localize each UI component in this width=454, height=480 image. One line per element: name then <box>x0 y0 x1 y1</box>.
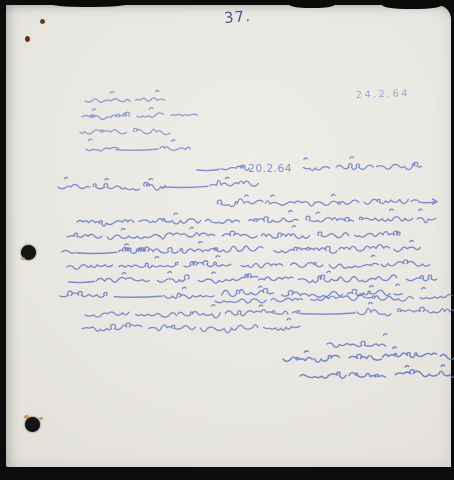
handwriting-line-body-11 <box>85 302 454 317</box>
handwriting-line-body-3 <box>217 194 437 206</box>
handwriting-line-body-8 <box>69 271 437 283</box>
handwriting-line-closing <box>327 334 387 347</box>
foxing-speck <box>40 19 45 24</box>
handwriting-line-sender-line-1 <box>85 90 165 102</box>
handwriting-line-body-2 <box>58 177 258 190</box>
handwriting-line-body-12 <box>82 318 300 332</box>
handwriting-line-sender-line-3 <box>80 128 170 134</box>
handwriting-line-signature-2 <box>300 365 454 378</box>
handwriting-line-body-9 <box>60 284 402 298</box>
foxing-speck <box>25 36 30 42</box>
handwriting-line-body-6 <box>62 240 420 253</box>
handwriting-line-body-1: 20.2.64 <box>197 157 422 175</box>
foxing-speck <box>21 257 25 260</box>
inline-referenced-date: 20.2.64 <box>248 163 292 175</box>
foxing-speck <box>39 417 43 420</box>
handwriting-line-body-4 <box>77 209 436 226</box>
handwriting-line-sender-line-2 <box>82 108 197 120</box>
handwriting-line-salutation <box>86 139 191 151</box>
handwriting-line-signature-1 <box>283 347 454 362</box>
handwriting-line-body-5 <box>67 226 400 240</box>
handwriting-line-body-10 <box>215 288 452 303</box>
handwriting-layer: 20.2.64 <box>0 0 454 480</box>
foxing-speck <box>24 415 29 419</box>
handwriting-line-body-7 <box>67 255 430 269</box>
scanned-letter-page: 37. 24.2.64 20.2.64 <box>0 0 454 480</box>
